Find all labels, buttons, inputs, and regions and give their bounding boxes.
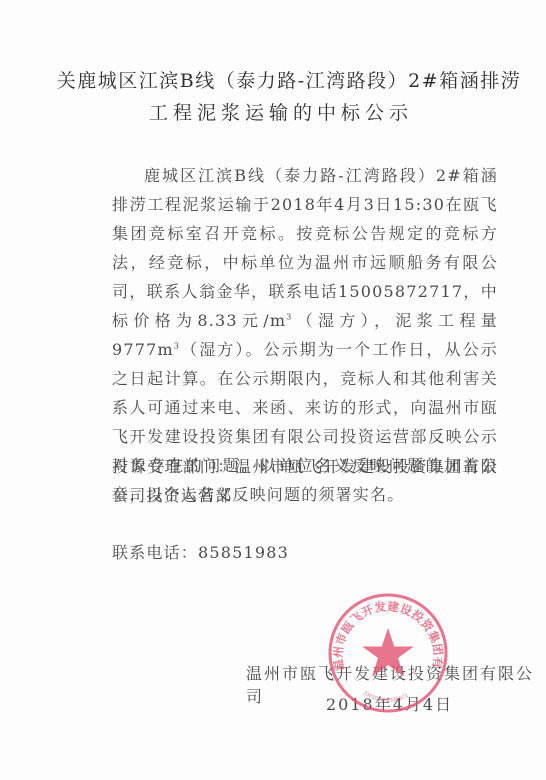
contact-phone: 联系电话：85851983: [112, 538, 498, 567]
paragraph-text-1: 鹿城区江滨B线（泰力路-江湾路段）2#箱涵排涝工程泥浆运输于2018年4月3日1…: [112, 166, 498, 330]
svg-text:温州市瓯飞开发建设投资集团有限公司: 温州市瓯飞开发建设投资集团有限公司: [327, 592, 445, 672]
document-title-line-1: 关鹿城区江滨B线（泰力路-江湾路段）2#箱涵排涝: [16, 66, 546, 93]
document-page: 关鹿城区江滨B线（泰力路-江湾路段）2#箱涵排涝 工程泥浆运输的中标公示 鹿城区…: [0, 0, 546, 780]
complaint-department: 投诉受理部门：温州市瓯飞开发建设投资集团有限公司投资运营部: [112, 452, 498, 510]
signature-date: 2018年4月4日: [326, 692, 453, 715]
stamp-ring-text: 温州市瓯飞开发建设投资集团有限公司: [327, 592, 445, 672]
document-title-line-2: 工程泥浆运输的中标公示: [8, 98, 546, 125]
